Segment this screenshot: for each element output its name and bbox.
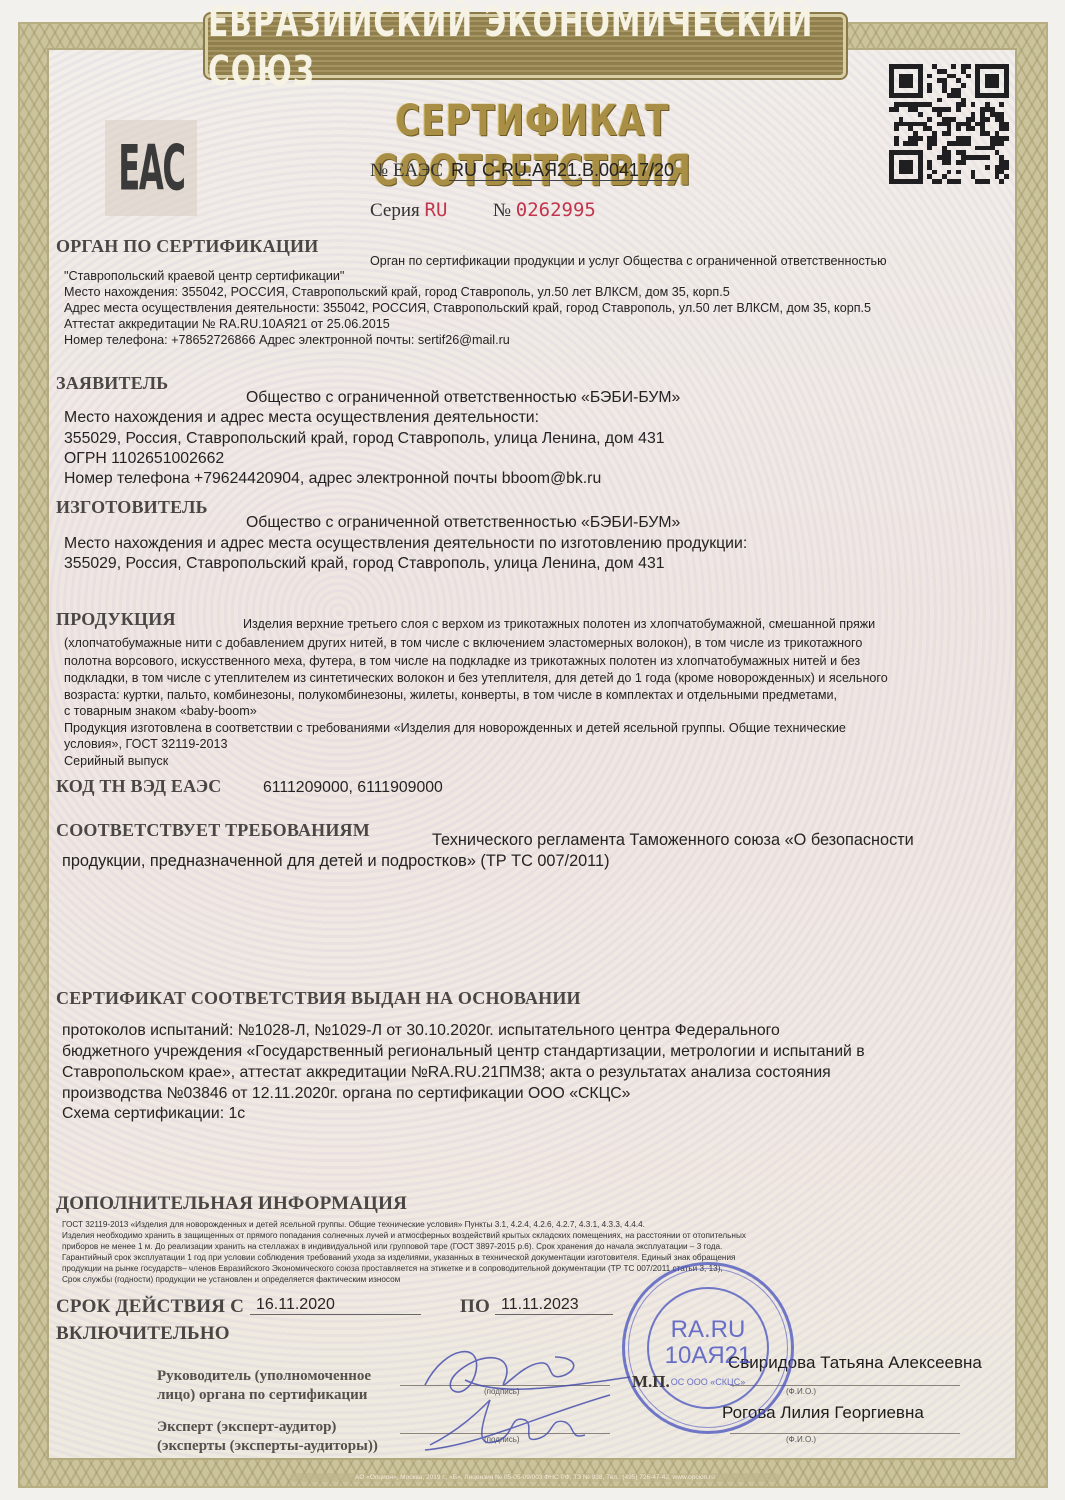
qr-code-icon [889,64,1009,184]
additional-info-line: Срок службы (годности) продукции не уста… [62,1274,400,1286]
conforms-heading: СООТВЕТСТВУЕТ ТРЕБОВАНИЯМ [56,820,370,841]
additional-info-line: ГОСТ 32119-2013 «Изделия для новорожденн… [62,1219,645,1231]
product-line: возраста: куртки, пальто, комбинезоны, п… [64,687,837,704]
applicant-heading: ЗАЯВИТЕЛЬ [56,373,168,394]
conforms-line: Технического регламента Таможенного союз… [432,830,914,852]
form-number-value: 0262995 [516,199,596,221]
manufacturer-heading: ИЗГОТОВИТЕЛЬ [56,497,208,518]
expert-label: Эксперт (эксперт-аудитор) [157,1417,336,1438]
product-heading: ПРОДУКЦИЯ [56,609,176,630]
applicant-line: ОГРН 1102651002662 [64,449,224,470]
certification-body-line: Аттестат аккредитации № RA.RU.10АЯ21 от … [64,316,390,333]
expert-name-caption: (Ф.И.О.) [786,1435,816,1444]
manufacturer-line: 355029, Россия, Ставропольский край, гор… [64,554,665,575]
basis-heading: СЕРТИФИКАТ СООТВЕТСТВИЯ ВЫДАН НА ОСНОВАН… [56,988,581,1009]
certificate-number: № ЕАЭСRU C-RU.АЯ21.В.00417/20 [370,160,676,182]
validity-from-label: СРОК ДЕЙСТВИЯ С [56,1296,244,1318]
basis-line: Ставропольском крае», аттестат аккредита… [62,1063,831,1084]
seal-place-label: М.П. [632,1372,670,1392]
additional-info-line: приборов не менее 1 м. До реализации хра… [62,1241,722,1253]
product-line: Продукция изготовлена в соответствии с т… [64,720,846,737]
head-label: Руководитель (уполномоченное [157,1366,371,1387]
stamp-code-line: 10АЯ21 [625,1343,791,1369]
union-banner: ЕВРАЗИЙСКИЙ ЭКОНОМИЧЕСКИЙ СОЮЗ [205,14,846,78]
basis-line: бюджетного учреждения «Государственный р… [62,1042,865,1063]
additional-info-line: Гарантийный срок эксплуатации 1 год при … [62,1252,735,1264]
applicant-line: 355029, Россия, Ставропольский край, гор… [64,429,665,450]
series-value: RU [425,199,448,221]
series-row: Серия RU № 0262995 [370,199,596,222]
additional-info-line: продукции на рынке государств– членов Ев… [62,1263,723,1275]
printer-imprint: АО «Опцион», Москва, 2019 г., «Б», Лицен… [290,1473,780,1482]
series-label: Серия [370,200,420,221]
certification-body-line: Адрес места осуществления деятельности: … [64,300,871,317]
certificate-number-value: RU C-RU.АЯ21.В.00417/20 [449,160,676,181]
conforms-line: продукции, предназначенной для детей и п… [62,851,610,873]
form-number-label: № [493,200,511,221]
certification-body-line: Место нахождения: 355042, РОССИЯ, Ставро… [64,284,730,301]
product-line: условия», ГОСТ 32119-2013 [64,736,228,753]
basis-line: протоколов испытаний: №1028-Л, №1029-Л о… [62,1021,780,1042]
validity-inclusive-label: ВКЛЮЧИТЕЛЬНО [56,1323,230,1345]
validity-from-date: 16.11.2020 [250,1296,421,1315]
validity-to-date: 11.11.2023 [495,1296,613,1315]
product-line: полотна ворсового, искусственного меха, … [64,653,860,670]
basis-line: производства №03846 от 12.11.2020г. орга… [62,1084,630,1105]
certification-body-line: "Ставропольский краевой центр сертификац… [64,268,344,285]
eac-logo-icon: ЕАС [118,132,184,205]
manufacturer-line: Общество с ограниченной ответственностью… [246,513,680,534]
basis-line: Схема сертификации: 1с [62,1104,245,1125]
additional-info-heading: ДОПОЛНИТЕЛЬНАЯ ИНФОРМАЦИЯ [56,1193,407,1215]
certification-body-line: Орган по сертификации продукции и услуг … [370,253,887,270]
validity-to-label: ПО [460,1296,490,1318]
head-label: лицо) органа по сертификации [157,1385,367,1406]
stamp-code-line: RA.RU [625,1317,791,1343]
tn-ved-value: 6111209000, 6111909000 [263,778,443,799]
product-line: Серийный выпуск [64,753,168,770]
expert-label: (эксперты (эксперты-аудиторы)) [157,1436,378,1457]
eac-mark: ЕАС [105,120,197,216]
certificate-number-label: № ЕАЭС [370,160,443,181]
certification-body-line: Номер телефона: +78652726866 Адрес элект… [64,332,510,349]
manufacturer-line: Место нахождения и адрес места осуществл… [64,534,747,555]
head-name-caption: (Ф.И.О.) [786,1387,816,1396]
tn-ved-heading: КОД ТН ВЭД ЕАЭС [56,776,221,797]
applicant-line: Номер телефона +79624420904, адрес элект… [64,469,601,490]
product-line: Изделия верхние третьего слоя с верхом и… [243,616,875,633]
certification-body-heading: ОРГАН ПО СЕРТИФИКАЦИИ [56,236,318,257]
union-title: ЕВРАЗИЙСКИЙ ЭКОНОМИЧЕСКИЙ СОЮЗ [208,0,843,95]
official-stamp-icon: RA.RU 10АЯ21 ОС ООО «СКЦС» [622,1262,794,1434]
applicant-line: Общество с ограниченной ответственностью… [246,388,680,409]
applicant-line: Место нахождения и адрес места осуществл… [64,408,539,429]
additional-info-line: Изделия необходимо хранить в защищенных … [62,1230,746,1242]
expert-name-line [730,1433,960,1434]
product-line: (хлопчатобумажные нити с добавлением дру… [64,635,862,652]
signature-expert-icon [420,1390,620,1470]
product-line: подкладки, в том числе с утеплителем из … [64,670,888,687]
product-line: с товарным знаком «baby-boom» [64,703,257,720]
